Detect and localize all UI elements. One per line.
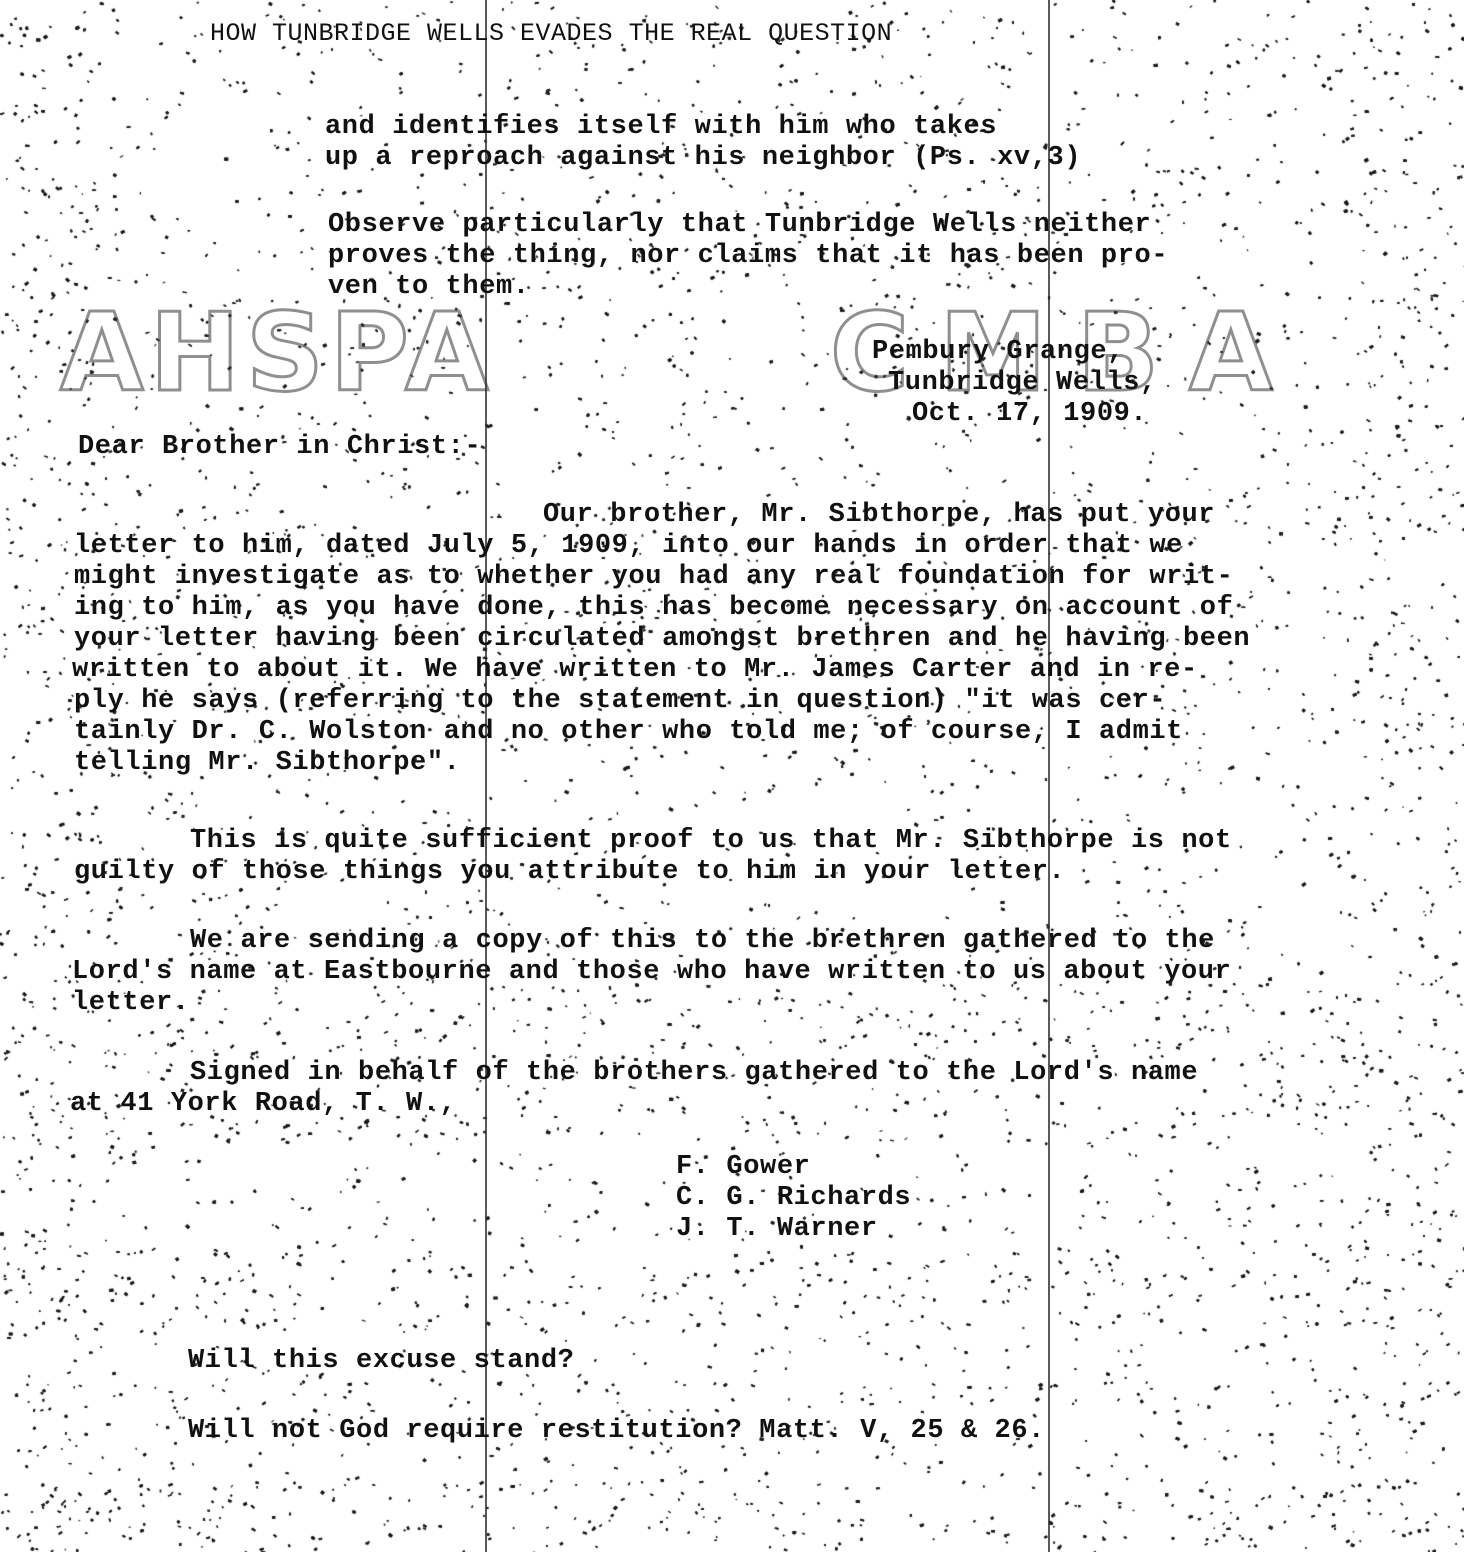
paragraph-line: might investigate as to whether you had … (74, 562, 1233, 593)
paragraph-line: guilty of those things you attribute to … (74, 857, 1065, 888)
letterhead-watermark: AHSPA (60, 300, 495, 408)
closing-question: Will not God require restitution? Matt. … (188, 1416, 1045, 1447)
paragraph-line: Lord's name at Eastbourne and those who … (72, 957, 1231, 988)
paragraph-line: tainly Dr. C. Wolston and no other who t… (74, 717, 1183, 748)
paragraph-line: letter. (72, 988, 190, 1019)
signoff-line: Signed in behalf of the brothers gathere… (190, 1058, 1198, 1089)
paragraph-line: ply he says (referring to the statement … (74, 686, 1166, 717)
paragraph-line: Our brother, Mr. Sibthorpe, has put your (543, 500, 1215, 531)
address-line: Tunbridge Wells, (888, 368, 1157, 399)
paragraph-line: letter to him, dated July 5, 1909, into … (74, 531, 1183, 562)
signatory: F. Gower (676, 1152, 810, 1183)
signoff-line: at 41 York Road, T. W., (70, 1089, 456, 1120)
paragraph-line: telling Mr. Sibthorpe". (74, 748, 460, 779)
address-line: Pembury Grange, (872, 337, 1124, 368)
intro-line: and identifies itself with him who takes (325, 112, 997, 143)
address-line: Oct. 17, 1909. (912, 399, 1147, 430)
intro-line: up a reproach against his neighbor (Ps. … (325, 143, 1081, 174)
salutation: Dear Brother in Christ:- (78, 432, 481, 463)
observation-line: proves the thing, nor claims that it has… (328, 241, 1168, 272)
document-title: HOW TUNBRIDGE WELLS EVADES THE REAL QUES… (210, 18, 892, 49)
paragraph-line: ing to him, as you have done, this has b… (74, 593, 1233, 624)
observation-line: Observe particularly that Tunbridge Well… (328, 210, 1151, 241)
paragraph-line: written to about it. We have written to … (72, 655, 1198, 686)
paragraph-line: your letter having been circulated among… (74, 624, 1250, 655)
paragraph-line: We are sending a copy of this to the bre… (190, 926, 1215, 957)
signatory: J. T. Warner (676, 1214, 878, 1245)
signatory: C. G. Richards (676, 1183, 911, 1214)
paragraph-line: This is quite sufficient proof to us tha… (190, 826, 1232, 857)
observation-line: ven to them. (328, 272, 530, 303)
closing-question: Will this excuse stand? (188, 1346, 574, 1377)
